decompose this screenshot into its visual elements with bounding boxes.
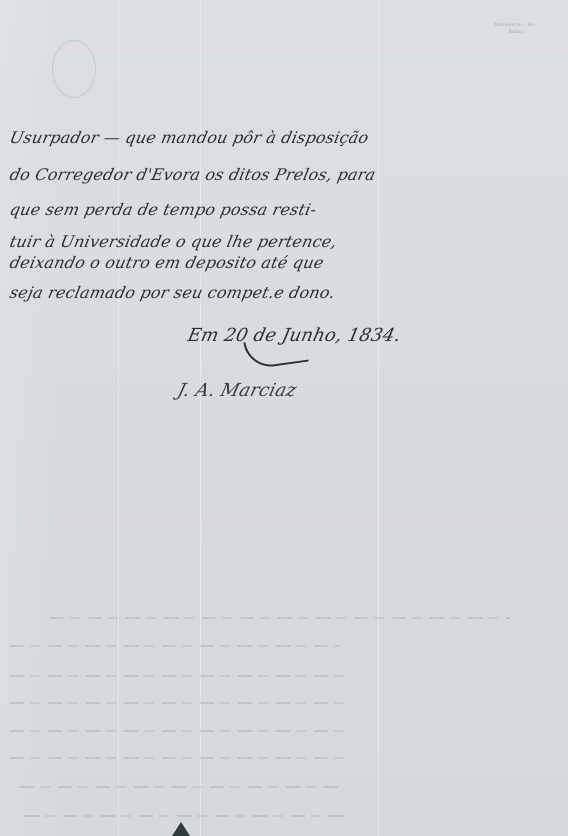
paper-band [200,0,201,836]
text-line-3: que sem perda de tempo possa resti- [8,200,318,219]
paper-band [378,0,379,836]
faded-oval-stamp [52,40,96,98]
bleed-through-line [10,645,340,647]
bleed-through-line [10,702,350,704]
text-line-2: do Corregedor d'Evora os ditos Prelos, p… [8,165,377,184]
bleed-through-line [10,757,350,759]
text-line-1: Usurpador — que mandou pôr à disposição [8,128,370,147]
bleed-through-line [10,675,350,677]
text-line-6: seja reclamado por seu compet.e dono. [8,283,337,302]
paper-band [118,0,119,836]
manuscript-page: Ministerio · do · Reino Usurpador — que … [0,0,568,836]
bleed-through-line [50,617,510,619]
bleed-through-line [25,815,345,817]
text-line-4: tuir à Universidade o que lhe pertence, [8,232,339,251]
bleed-through-line [20,786,340,788]
text-line-5: deixando o outro em deposito até que [8,253,326,272]
ink-mark [172,822,190,836]
faded-archive-stamp: Ministerio · do · Reino [494,22,538,36]
bleed-through-line [10,730,350,732]
signature: J. A. Marciaz [175,380,298,401]
